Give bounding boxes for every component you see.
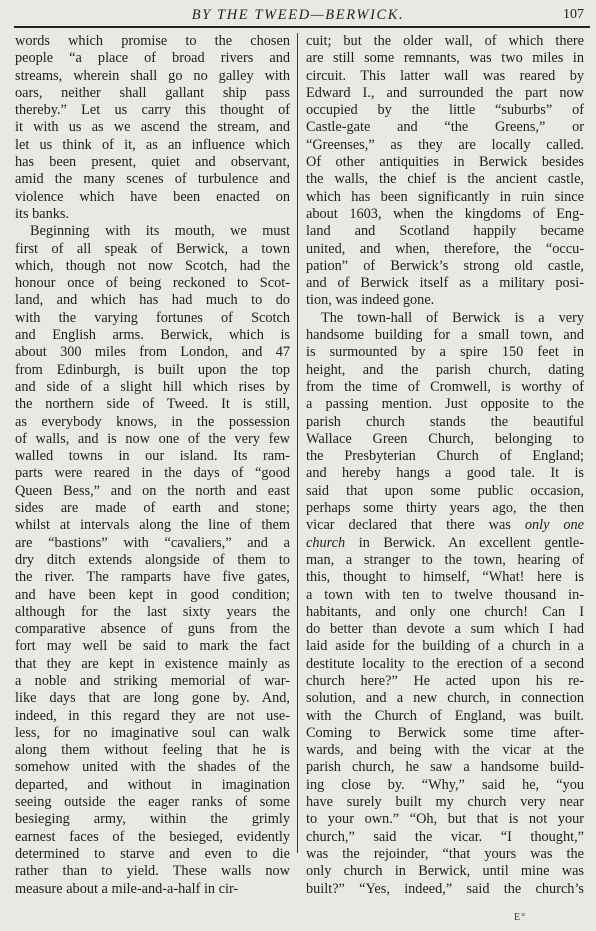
text-line: habitants, and only one church! Can I	[306, 604, 584, 621]
text-line: parts were reared in the days of “good	[15, 465, 290, 482]
text-line: the northern side of Tweed. It is still,	[15, 396, 290, 413]
text-line: Queen Bess,” and on the north and east	[15, 483, 290, 500]
text-line: “Greenses,” as they are locally called.	[306, 137, 584, 154]
text-line: rather than to yield. These walls now	[15, 863, 290, 880]
text-line: land and Scotland happily became	[306, 223, 584, 240]
text-line: along them without feeling that he is	[15, 742, 290, 759]
text-line: Of other antiquities in Berwick besides	[306, 154, 584, 171]
text-line: of walls, and is now one of the very few	[15, 431, 290, 448]
text-line: measure about a mile-and-a-half in cir-	[15, 881, 290, 898]
text-line: like days that are long gone by. And,	[15, 690, 290, 707]
italic-emphasis: church	[306, 535, 345, 551]
text-line: land, and which has had much to do	[15, 292, 290, 309]
text-line: The town-hall of Berwick is a very	[306, 310, 584, 327]
text-line: about 1603, when the kingdoms of Eng-	[306, 206, 584, 223]
text-line: which has been significantly in ruin sin…	[306, 189, 584, 206]
text-line: a passing mention. Just opposite to the	[306, 396, 584, 413]
text-line: Beginning with its mouth, we must	[15, 223, 290, 240]
text-line: Wallace Green Church, belonging to	[306, 431, 584, 448]
text-line: perhaps some thirty years ago, the then	[306, 500, 584, 517]
text-line: determined to starve and even to die	[15, 846, 290, 863]
text-line: wards, and being with the vicar at the	[306, 742, 584, 759]
text-line: its banks.	[15, 206, 290, 223]
text-line: indeed, in this regard they are not use-	[15, 708, 290, 725]
text-line: church,” said the vicar. “I thought,”	[306, 829, 584, 846]
text-line: and have been kept in good condition;	[15, 587, 290, 604]
text-line: solution, and a new church, in connectio…	[306, 690, 584, 707]
text-line: let us think of it, as an influence whic…	[15, 137, 290, 154]
text-line: walled towns in our island. Its ram-	[15, 448, 290, 465]
text-line: Castle-gate and “the Greens,” or	[306, 119, 584, 136]
text-line: words which promise to the chosen	[15, 33, 290, 50]
text-line: a noble and striking memorial of war-	[15, 673, 290, 690]
text-line: parish church stands the beautiful	[306, 414, 584, 431]
column-divider	[297, 33, 298, 853]
text-line: and side of a slight hill which rises by	[15, 379, 290, 396]
article-body: words which promise to the chosenpeople …	[0, 33, 596, 913]
text-line: whilst at intervals along the line of th…	[15, 517, 290, 534]
text-line: are still some remnants, was two miles i…	[306, 50, 584, 67]
text-line: the Presbyterian Church of England;	[306, 448, 584, 465]
text-line: built?” “Yes, indeed,” said the church’s	[306, 881, 584, 898]
text-line: ing close by. “Why,” said he, “you	[306, 777, 584, 794]
text-line: was the rejoinder, “that yours was the	[306, 846, 584, 863]
page-header: BY THE TWEED—BERWICK. 107	[0, 4, 596, 26]
text-line: parish church, he saw a handsome build-	[306, 759, 584, 776]
text-line: man, a stranger to the town, hearing of	[306, 552, 584, 569]
text-line: less, for no imaginative soul can walk	[15, 725, 290, 742]
text-line: oars, neither shall gallant ship pass	[15, 85, 290, 102]
text-line: that they are kept in existence mainly a…	[15, 656, 290, 673]
text-line: comparative absence of guns from the	[15, 621, 290, 638]
text-line: people “a place of broad rivers and	[15, 50, 290, 67]
text-line: honour once of being reckoned to Scot-	[15, 275, 290, 292]
text-line: violence which have been enacted on	[15, 189, 290, 206]
text-line: first of all speak of Berwick, a town	[15, 241, 290, 258]
text-line: Edward I., and surrounded the part now	[306, 85, 584, 102]
line-text: in Berwick. An excellent gentle-	[359, 535, 584, 551]
text-line: united, and when, therefore, the “occu-	[306, 241, 584, 258]
text-line: is surmounted by a spire 150 feet in	[306, 344, 584, 361]
text-line: it with us as we ascend the stream, and	[15, 119, 290, 136]
text-line: pation” of Berwick’s strong old castle,	[306, 258, 584, 275]
signature-mark: E°	[514, 912, 526, 923]
text-line: fort may well be said to mark the fact	[15, 638, 290, 655]
text-line: Coming to Berwick some time after-	[306, 725, 584, 742]
text-line: from Edinburgh, is built upon the top	[15, 362, 290, 379]
text-line: the walls, the chief is the ancient cast…	[306, 171, 584, 188]
text-line: and hereby hangs a good tale. It is	[306, 465, 584, 482]
text-line: although for the last sixty years the	[15, 604, 290, 621]
text-line: church in Berwick. An excellent gentle-	[306, 535, 584, 552]
text-line: church here?” He acted upon his re-	[306, 673, 584, 690]
text-line: about 300 miles from London, and 47	[15, 344, 290, 361]
text-line: besieging army, within the grimly	[15, 811, 290, 828]
italic-emphasis: only one	[525, 517, 584, 533]
text-line: circuit. This latter wall was reared by	[306, 68, 584, 85]
text-line: thereby.” Let us carry this thought of	[15, 102, 290, 119]
text-line: height, and the parish church, dating	[306, 362, 584, 379]
text-line: occupied by the little “suburbs” of	[306, 102, 584, 119]
text-line: have surely built my church very near	[306, 794, 584, 811]
text-line: only church in Berwick, until mine was	[306, 863, 584, 880]
text-line: this, thought to himself, “What! here is	[306, 569, 584, 586]
text-line: do better than devote a sum which I had	[306, 621, 584, 638]
text-line: and English arms. Berwick, which is	[15, 327, 290, 344]
text-line: somehow united with the shades of the	[15, 759, 290, 776]
text-line: has been present, quiet and observant,	[15, 154, 290, 171]
text-line: departed, and without in imagination	[15, 777, 290, 794]
right-column: cuit; but the older wall, of which there…	[306, 33, 584, 898]
text-line: earnest faces of the besieged, evidently	[15, 829, 290, 846]
page-number: 107	[563, 7, 584, 23]
line-text: vicar declared that there was	[306, 517, 525, 533]
running-head: BY THE TWEED—BERWICK.	[0, 7, 596, 24]
text-line: amid the many scenes of turbulence and	[15, 171, 290, 188]
text-line: handsome building for a small town, and	[306, 327, 584, 344]
text-line: a town with ten to twelve thousand in-	[306, 587, 584, 604]
text-line: said that upon some public occasion,	[306, 483, 584, 500]
text-line: the river. The ramparts have five gates,	[15, 569, 290, 586]
text-line: dry ditch extends alongside of them to	[15, 552, 290, 569]
text-line: with the varying fortunes of Scotch	[15, 310, 290, 327]
text-line: and of Berwick itself as a military posi…	[306, 275, 584, 292]
text-line: are “bastions” with “cavaliers,” and a	[15, 535, 290, 552]
text-line: streams, wherein shall go no galley with	[15, 68, 290, 85]
text-line: laid aside for the building of a church …	[306, 638, 584, 655]
text-line: as everybody knows, in the possession	[15, 414, 290, 431]
header-rule	[14, 26, 590, 28]
text-line: cuit; but the older wall, of which there	[306, 33, 584, 50]
left-column: words which promise to the chosenpeople …	[15, 33, 290, 898]
text-line: to your own.” “Oh, but that is not your	[306, 811, 584, 828]
text-line: from the time of Cromwell, is worthy of	[306, 379, 584, 396]
text-line: with the Church of England, was built.	[306, 708, 584, 725]
text-line: which, though not now Scotch, had the	[15, 258, 290, 275]
text-line: destitute locality to the erection of a …	[306, 656, 584, 673]
text-line: vicar declared that there was only one	[306, 517, 584, 534]
text-line: sides are made of earth and stone;	[15, 500, 290, 517]
text-line: seeing outside the eager ranks of some	[15, 794, 290, 811]
text-line: tion, was indeed gone.	[306, 292, 584, 309]
